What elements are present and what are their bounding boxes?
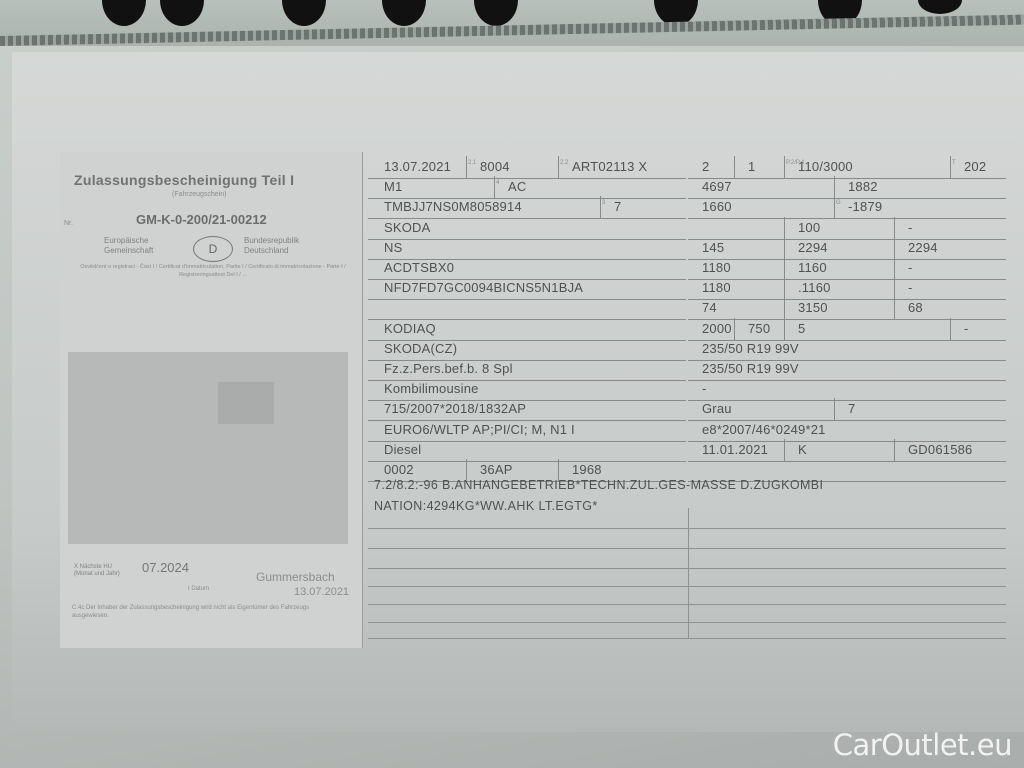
field-value: 1160 bbox=[798, 260, 827, 275]
field-value: 1180 bbox=[702, 280, 731, 295]
field-value: 110/3000 bbox=[798, 159, 853, 174]
redacted-area bbox=[68, 352, 348, 544]
field-value: .1160 bbox=[798, 280, 831, 295]
punch-hole bbox=[282, 0, 326, 26]
cover-panel: Zulassungsbescheinigung Teil I (Fahrzeug… bbox=[60, 152, 363, 648]
field-value: SKODA(CZ) bbox=[384, 341, 457, 356]
field-value: 68 bbox=[908, 300, 923, 315]
field-value: ART02113 X bbox=[572, 159, 647, 174]
field-value: KODIAQ bbox=[384, 321, 436, 336]
field-code: 4 bbox=[496, 180, 499, 186]
field-value: - bbox=[908, 260, 913, 275]
field-value: 13.07.2021 bbox=[384, 159, 451, 174]
field-value: 235/50 R19 99V bbox=[702, 361, 799, 376]
cell-divider bbox=[834, 398, 835, 420]
field-value: TMBJJ7NS0M8058914 bbox=[384, 199, 522, 214]
field-value: SKODA bbox=[384, 220, 431, 235]
field-value: 36AP bbox=[480, 462, 513, 477]
number-label: Nr. bbox=[64, 220, 73, 227]
field-value: AC bbox=[508, 179, 526, 194]
cell-divider bbox=[894, 237, 895, 259]
field-value: 3150 bbox=[798, 300, 828, 315]
remarks-lines bbox=[368, 508, 1006, 638]
field-value: K bbox=[798, 442, 807, 457]
cell-divider bbox=[784, 439, 785, 461]
watermark: CarOutlet.eu bbox=[833, 728, 1012, 762]
field-value: - bbox=[908, 280, 913, 295]
field-value: 5 bbox=[798, 321, 805, 336]
field-value: e8*2007/46*0249*21 bbox=[702, 422, 826, 437]
field-value: 202 bbox=[964, 159, 986, 174]
remark-line: 7.2/8.2:-96 B.ANHANGEBETRIEB*TECHN.ZUL.G… bbox=[374, 478, 823, 492]
field-value: - bbox=[964, 321, 969, 336]
field-value: - bbox=[702, 381, 707, 396]
field-value: 1180 bbox=[702, 260, 731, 275]
footer-note: C.4c Der Inhaber der Zulassungsbescheini… bbox=[72, 604, 342, 620]
field-value: 2294 bbox=[798, 240, 828, 255]
field-value: ACDTSBX0 bbox=[384, 260, 454, 275]
field-value: 715/2007*2018/1832AP bbox=[384, 401, 526, 416]
cell-divider bbox=[894, 277, 895, 299]
field-value: EURO6/WLTP AP;PI/CI; M, N1 I bbox=[384, 422, 575, 437]
cell-divider bbox=[784, 257, 785, 279]
registration-certificate: Zulassungsbescheinigung Teil I (Fahrzeug… bbox=[60, 152, 1010, 650]
field-value: 11.01.2021 bbox=[702, 442, 768, 457]
field-value: Diesel bbox=[384, 442, 421, 457]
field-code: 3 bbox=[602, 200, 605, 206]
cell-divider bbox=[950, 156, 951, 178]
cell-divider bbox=[894, 257, 895, 279]
country-oval-icon: D bbox=[193, 236, 233, 262]
punch-hole bbox=[474, 0, 518, 26]
field-value: 7 bbox=[614, 199, 621, 214]
punch-hole bbox=[918, 0, 962, 14]
field-value: 145 bbox=[702, 240, 724, 255]
cell-divider bbox=[894, 439, 895, 461]
cell-divider bbox=[734, 318, 735, 340]
cell-divider bbox=[834, 176, 835, 198]
field-value: -1879 bbox=[848, 199, 882, 214]
field-value: 1 bbox=[748, 159, 755, 174]
cell-divider bbox=[466, 156, 467, 178]
punch-hole bbox=[102, 0, 146, 26]
field-value: 2 bbox=[702, 159, 709, 174]
field-value: 2294 bbox=[908, 240, 938, 255]
issuing-city: Gummersbach bbox=[256, 570, 335, 584]
issue-date: 13.07.2021 bbox=[294, 586, 349, 598]
multilingual-fineprint: Osvědčení o registraci - Část I / Certif… bbox=[78, 264, 348, 279]
cell-divider bbox=[784, 297, 785, 319]
eu-label: EuropäischeGemeinschaft bbox=[104, 236, 153, 256]
field-value: 0002 bbox=[384, 462, 414, 477]
field-value: 4697 bbox=[702, 179, 732, 194]
cell-divider bbox=[784, 156, 785, 178]
cell-divider bbox=[834, 196, 835, 218]
field-value: Fz.z.Pers.bef.b. 8 Spl bbox=[384, 361, 513, 376]
cell-divider bbox=[784, 237, 785, 259]
field-code: T bbox=[952, 160, 956, 166]
cell-divider bbox=[894, 217, 895, 239]
cell-divider bbox=[558, 156, 559, 178]
field-value: Kombilimousine bbox=[384, 381, 479, 396]
punch-hole bbox=[160, 0, 204, 26]
field-value: - bbox=[908, 220, 913, 235]
document-title: Zulassungsbescheinigung Teil I bbox=[74, 172, 294, 188]
cell-divider bbox=[734, 156, 735, 178]
cell-divider bbox=[494, 176, 495, 198]
field-value: 74 bbox=[702, 300, 717, 315]
field-value: 235/50 R19 99V bbox=[702, 341, 799, 356]
field-value: M1 bbox=[384, 179, 402, 194]
next-inspection: 07.2024 bbox=[142, 560, 189, 575]
field-value: 1882 bbox=[848, 179, 878, 194]
field-value: 100 bbox=[798, 220, 820, 235]
cell-divider bbox=[784, 217, 785, 239]
field-value: Grau bbox=[702, 401, 732, 416]
punch-hole bbox=[382, 0, 426, 26]
field-value: NFD7FD7GC0094BICNS5N1BJA bbox=[384, 280, 583, 295]
field-code: 2.1 bbox=[468, 160, 476, 166]
cell-divider bbox=[784, 277, 785, 299]
cell-divider bbox=[600, 196, 601, 218]
next-inspection-label: X Nächste HU(Monat und Jahr) bbox=[74, 564, 120, 578]
field-value: 1968 bbox=[572, 462, 602, 477]
cell-divider bbox=[784, 318, 785, 340]
field-value: GD061586 bbox=[908, 442, 972, 457]
document-subtitle: (Fahrzeugschein) bbox=[172, 191, 226, 198]
field-code: G bbox=[836, 200, 841, 206]
field-code: 2.2 bbox=[560, 160, 568, 166]
field-value: 1660 bbox=[702, 199, 732, 214]
cell-divider bbox=[950, 318, 951, 340]
country-label: BundesrepublikDeutschland bbox=[244, 236, 299, 256]
field-value: 7 bbox=[848, 401, 855, 416]
remark-line: NATION:4294KG*WW.AHK LT.EGTG* bbox=[374, 499, 598, 513]
document-number: GM-K-0-200/21-00212 bbox=[136, 212, 267, 227]
date-label: I Datum bbox=[188, 586, 209, 592]
field-value: 2000 bbox=[702, 321, 732, 336]
cell-divider bbox=[894, 297, 895, 319]
field-value: 750 bbox=[748, 321, 770, 336]
field-value: NS bbox=[384, 240, 402, 255]
field-value: 8004 bbox=[480, 159, 510, 174]
